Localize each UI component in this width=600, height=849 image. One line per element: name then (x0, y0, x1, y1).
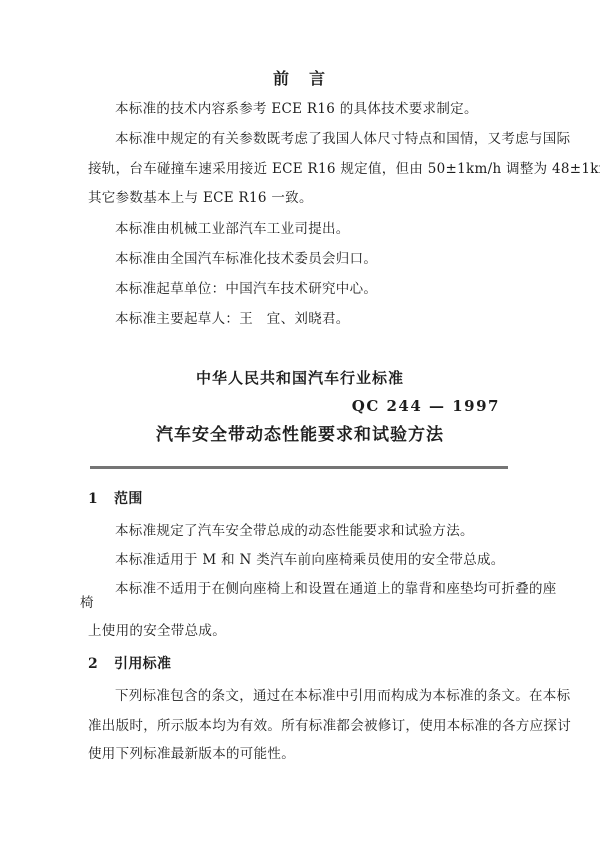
foreword-title: 前 言 (88, 70, 512, 87)
section-line: 下列标准包含的条文，通过在本标准中引用而构成为本标准的条文。在本标 (88, 688, 570, 705)
foreword-line: 本标准由全国汽车标准化技术委员会归口。 (88, 251, 377, 268)
standard-title: 汽车安全带动态性能要求和试验方法 (88, 427, 512, 444)
section-title: 引用标准 (114, 656, 171, 672)
section-title: 范围 (114, 491, 143, 507)
foreword-line: 本标准主要起草人：王 宜、刘晓君。 (88, 311, 350, 328)
foreword-line: 接轨，台车碰撞车速采用接近 ECE R16 规定值，但由 50±1km/h 调整… (88, 161, 600, 178)
foreword-line: 本标准中规定的有关参数既考虑了我国人体尺寸特点和国情，又考虑与国际 (88, 131, 570, 148)
foreword-line: 本标准由机械工业部汽车工业司提出。 (88, 221, 350, 238)
header-divider (90, 466, 508, 469)
section-line: 本标准不适用于在侧向座椅上和设置在通道上的靠背和座垫均可折叠的座 (88, 581, 557, 598)
section-line: 本标准适用于 M 和 N 类汽车前向座椅乘员使用的安全带总成。 (88, 552, 505, 569)
section-heading-references: 2引用标准 (88, 656, 171, 673)
foreword-line: 其它参数基本上与 ECE R16 一致。 (88, 190, 313, 207)
section-line: 上使用的安全带总成。 (88, 623, 226, 640)
document-page: 前 言 本标准的技术内容系参考 ECE R16 的具体技术要求制定。 本标准中规… (0, 0, 600, 849)
foreword-line: 本标准起草单位：中国汽车技术研究中心。 (88, 281, 377, 298)
section-line: 准出版时，所示版本均为有效。所有标准都会被修订，使用本标准的各方应探讨 (88, 718, 571, 735)
section-line: 使用下列标准最新版本的可能性。 (88, 746, 295, 763)
section-line: 椅 (80, 595, 94, 612)
standard-code: QC 244 — 1997 (352, 398, 500, 415)
foreword-line: 本标准的技术内容系参考 ECE R16 的具体技术要求制定。 (88, 101, 478, 118)
section-number: 1 (88, 491, 98, 507)
section-line: 本标准规定了汽车安全带总成的动态性能要求和试验方法。 (88, 523, 474, 540)
standard-authority: 中华人民共和国汽车行业标准 (88, 370, 512, 387)
section-number: 2 (88, 656, 98, 672)
section-heading-scope: 1范围 (88, 491, 143, 508)
